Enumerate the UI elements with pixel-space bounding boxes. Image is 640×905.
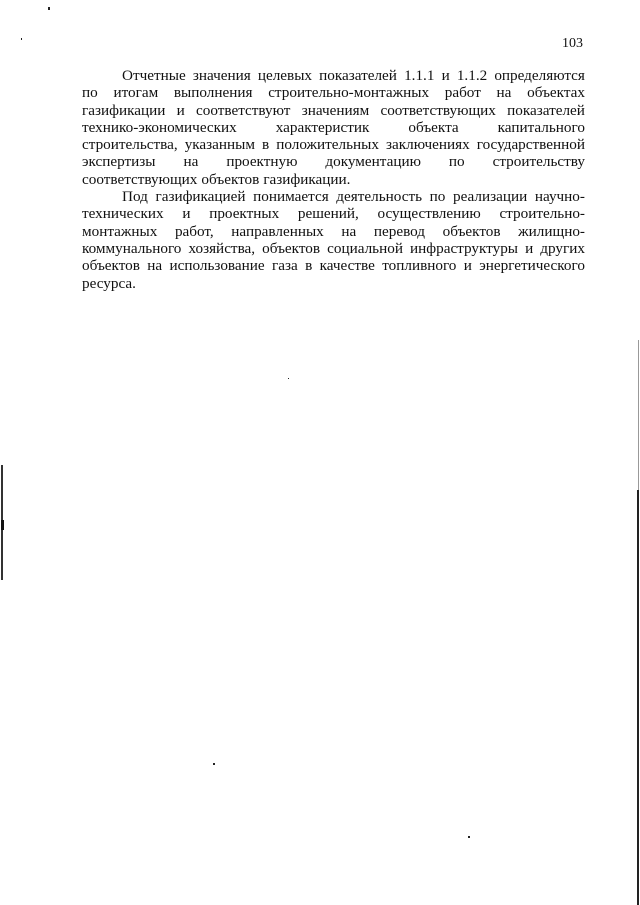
scan-right-edge	[637, 490, 639, 905]
text-line: технико-экономическиххарактеристикобъект…	[82, 119, 585, 136]
text-line: соответствующихобъектовгазификации.	[82, 171, 585, 188]
text-line: монтажныхработ,направленныхнапереводобъе…	[82, 223, 585, 240]
scan-speck	[288, 378, 289, 379]
text-line: объектовнаиспользованиегазавкачестветопл…	[82, 257, 585, 274]
text-line: техническихипроектныхрешений,осуществлен…	[82, 205, 585, 222]
text-line: поитогамвыполнениястроительно-монтажныхр…	[82, 84, 585, 101]
scan-left-edge-mark	[1, 520, 4, 530]
text-line: экспертизынапроектнуюдокументациюпострои…	[82, 153, 585, 170]
scan-speck	[468, 836, 470, 838]
document-body: Отчетныезначенияцелевыхпоказателей1.1.1и…	[82, 67, 585, 292]
paragraph: Отчетныезначенияцелевыхпоказателей1.1.1и…	[82, 67, 585, 188]
scan-speck	[21, 38, 22, 40]
text-line: Подгазификациейпонимаетсядеятельностьпор…	[82, 188, 585, 205]
text-line: ресурса.	[82, 275, 585, 292]
text-line: строительства,указаннымвположительныхзак…	[82, 136, 585, 153]
paragraph: Подгазификациейпонимаетсядеятельностьпор…	[82, 188, 585, 292]
text-line: коммунальногохозяйства,объектовсоциально…	[82, 240, 585, 257]
scan-right-edge	[638, 340, 639, 490]
scan-speck	[213, 763, 215, 765]
text-line: газификацииисоответствуютзначениямсоотве…	[82, 102, 585, 119]
text-line: Отчетныезначенияцелевыхпоказателей1.1.1и…	[82, 67, 585, 84]
page-number: 103	[562, 36, 583, 52]
scan-speck	[48, 7, 50, 10]
